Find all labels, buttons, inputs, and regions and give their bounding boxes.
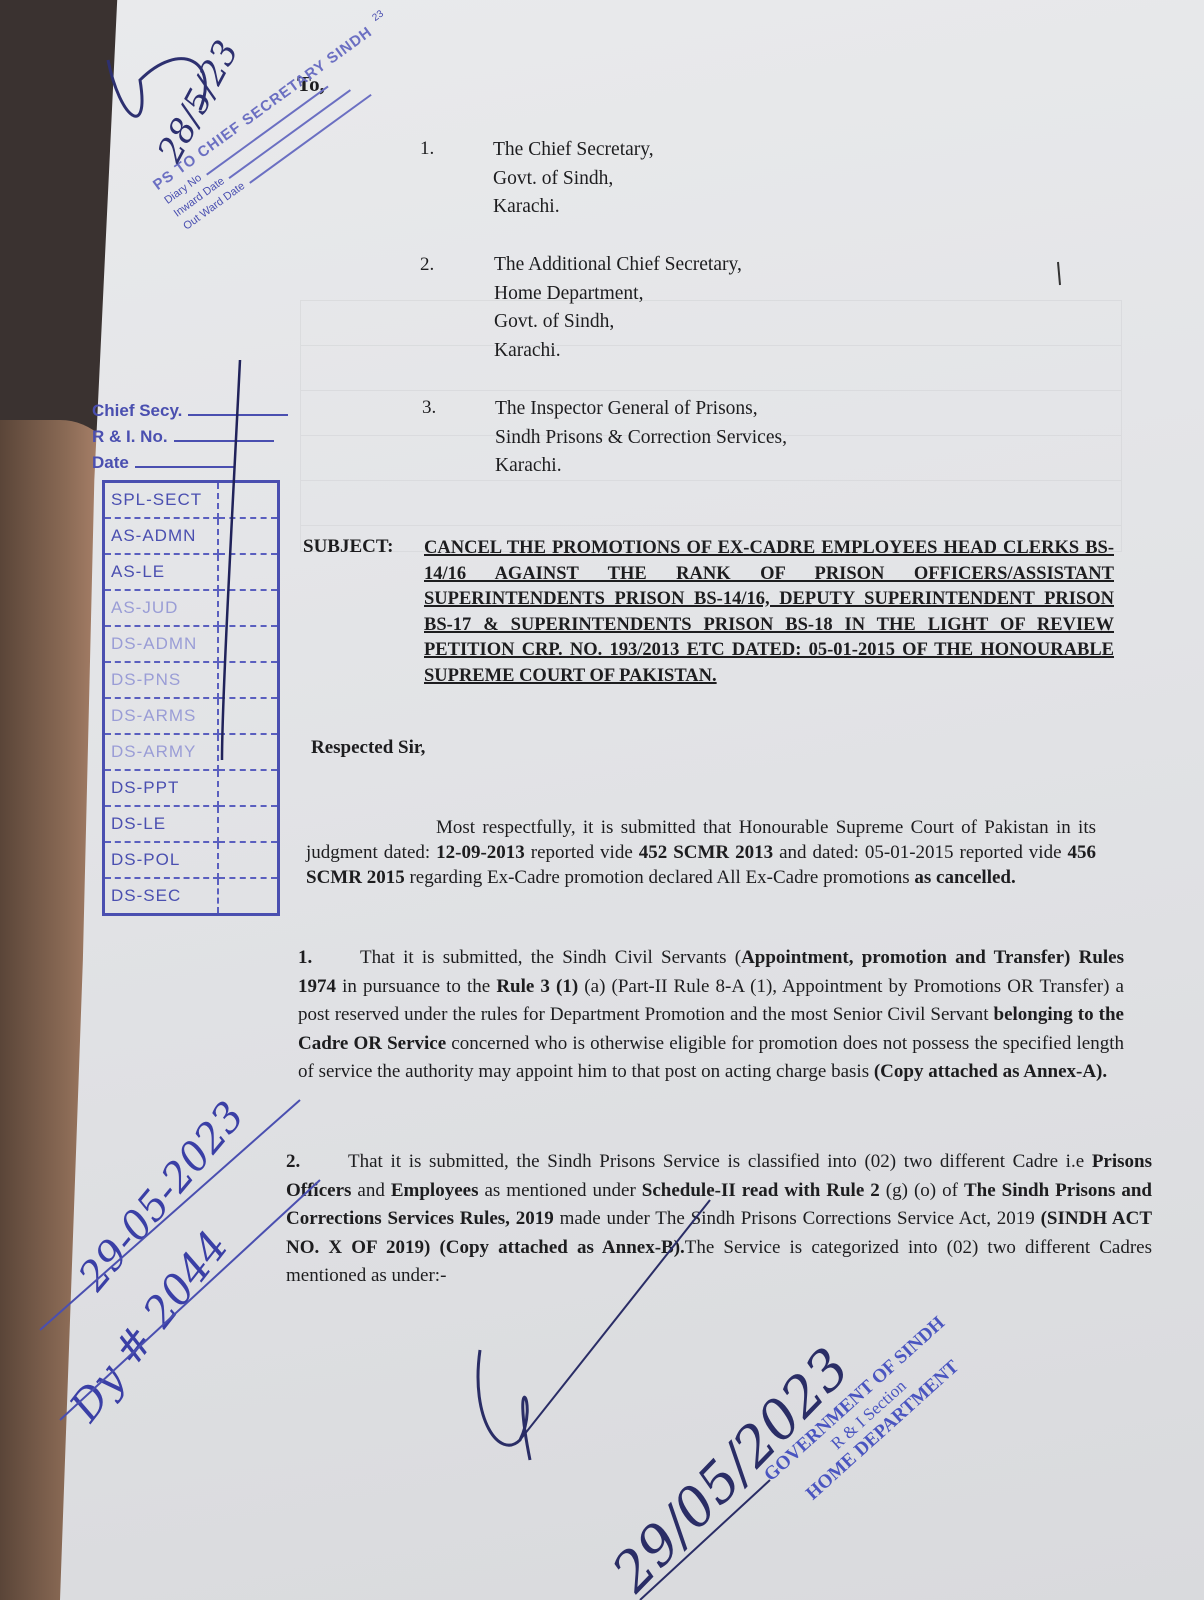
- paragraph-2: 2.That it is submitted, the Sindh Prison…: [286, 1148, 1152, 1291]
- subject-text: CANCEL THE PROMOTIONS OF EX-CADRE EMPLOY…: [424, 536, 1114, 689]
- routing-section-cell: [218, 626, 279, 662]
- intro-paragraph: Most respectfully, it is submitted that …: [306, 815, 1096, 890]
- routing-table: SPL-SECTAS-ADMNAS-LEAS-JUDDS-ADMNDS-PNSD…: [102, 480, 280, 916]
- recipient-address: The Inspector General of Prisons, Sindh …: [495, 395, 787, 481]
- routing-section-cell: [218, 662, 279, 698]
- routing-row: DS-SEC: [104, 878, 279, 915]
- routing-row: DS-LE: [104, 806, 279, 842]
- routing-row: AS-LE: [104, 554, 279, 590]
- routing-row: DS-ARMS: [104, 698, 279, 734]
- routing-section-label: DS-LE: [104, 806, 219, 842]
- recipient-number: 1.: [420, 138, 434, 160]
- paragraph-1: 1.That it is submitted, the Sindh Civil …: [298, 944, 1124, 1087]
- routing-section-label: DS-ARMS: [104, 698, 219, 734]
- routing-row: DS-PNS: [104, 662, 279, 698]
- recipient-address: The Chief Secretary, Govt. of Sindh, Kar…: [493, 136, 654, 222]
- routing-section-cell: [218, 518, 279, 554]
- routing-section-label: AS-ADMN: [104, 518, 219, 554]
- routing-stamp: Chief Secy. R & I. No. Date SPL-SECTAS-A…: [92, 398, 282, 916]
- routing-section-cell: [218, 590, 279, 626]
- routing-section-cell: [218, 482, 279, 519]
- routing-row: AS-JUD: [104, 590, 279, 626]
- routing-section-cell: [218, 734, 279, 770]
- routing-row: AS-ADMN: [104, 518, 279, 554]
- routing-row: DS-ARMY: [104, 734, 279, 770]
- routing-section-cell: [218, 878, 279, 915]
- routing-section-cell: [218, 842, 279, 878]
- recipient-number: 2.: [420, 254, 434, 276]
- routing-section-label: AS-LE: [104, 554, 219, 590]
- routing-section-label: DS-PPT: [104, 770, 219, 806]
- routing-section-cell: [218, 554, 279, 590]
- routing-row: DS-POL: [104, 842, 279, 878]
- routing-section-cell: [218, 770, 279, 806]
- routing-section-label: AS-JUD: [104, 590, 219, 626]
- greeting: Respected Sir,: [311, 737, 425, 759]
- routing-section-label: DS-SEC: [104, 878, 219, 915]
- routing-section-label: SPL-SECT: [104, 482, 219, 519]
- recipient-number: 3.: [422, 397, 436, 419]
- routing-section-label: DS-PNS: [104, 662, 219, 698]
- routing-section-label: DS-POL: [104, 842, 219, 878]
- routing-section-cell: [218, 698, 279, 734]
- routing-section-label: DS-ADMN: [104, 626, 219, 662]
- routing-section-label: DS-ARMY: [104, 734, 219, 770]
- routing-row: DS-ADMN: [104, 626, 279, 662]
- subject-label: SUBJECT:: [303, 536, 393, 558]
- routing-row: SPL-SECT: [104, 482, 279, 519]
- recipient-address: The Additional Chief Secretary, Home Dep…: [494, 251, 742, 365]
- routing-row: DS-PPT: [104, 770, 279, 806]
- routing-section-cell: [218, 806, 279, 842]
